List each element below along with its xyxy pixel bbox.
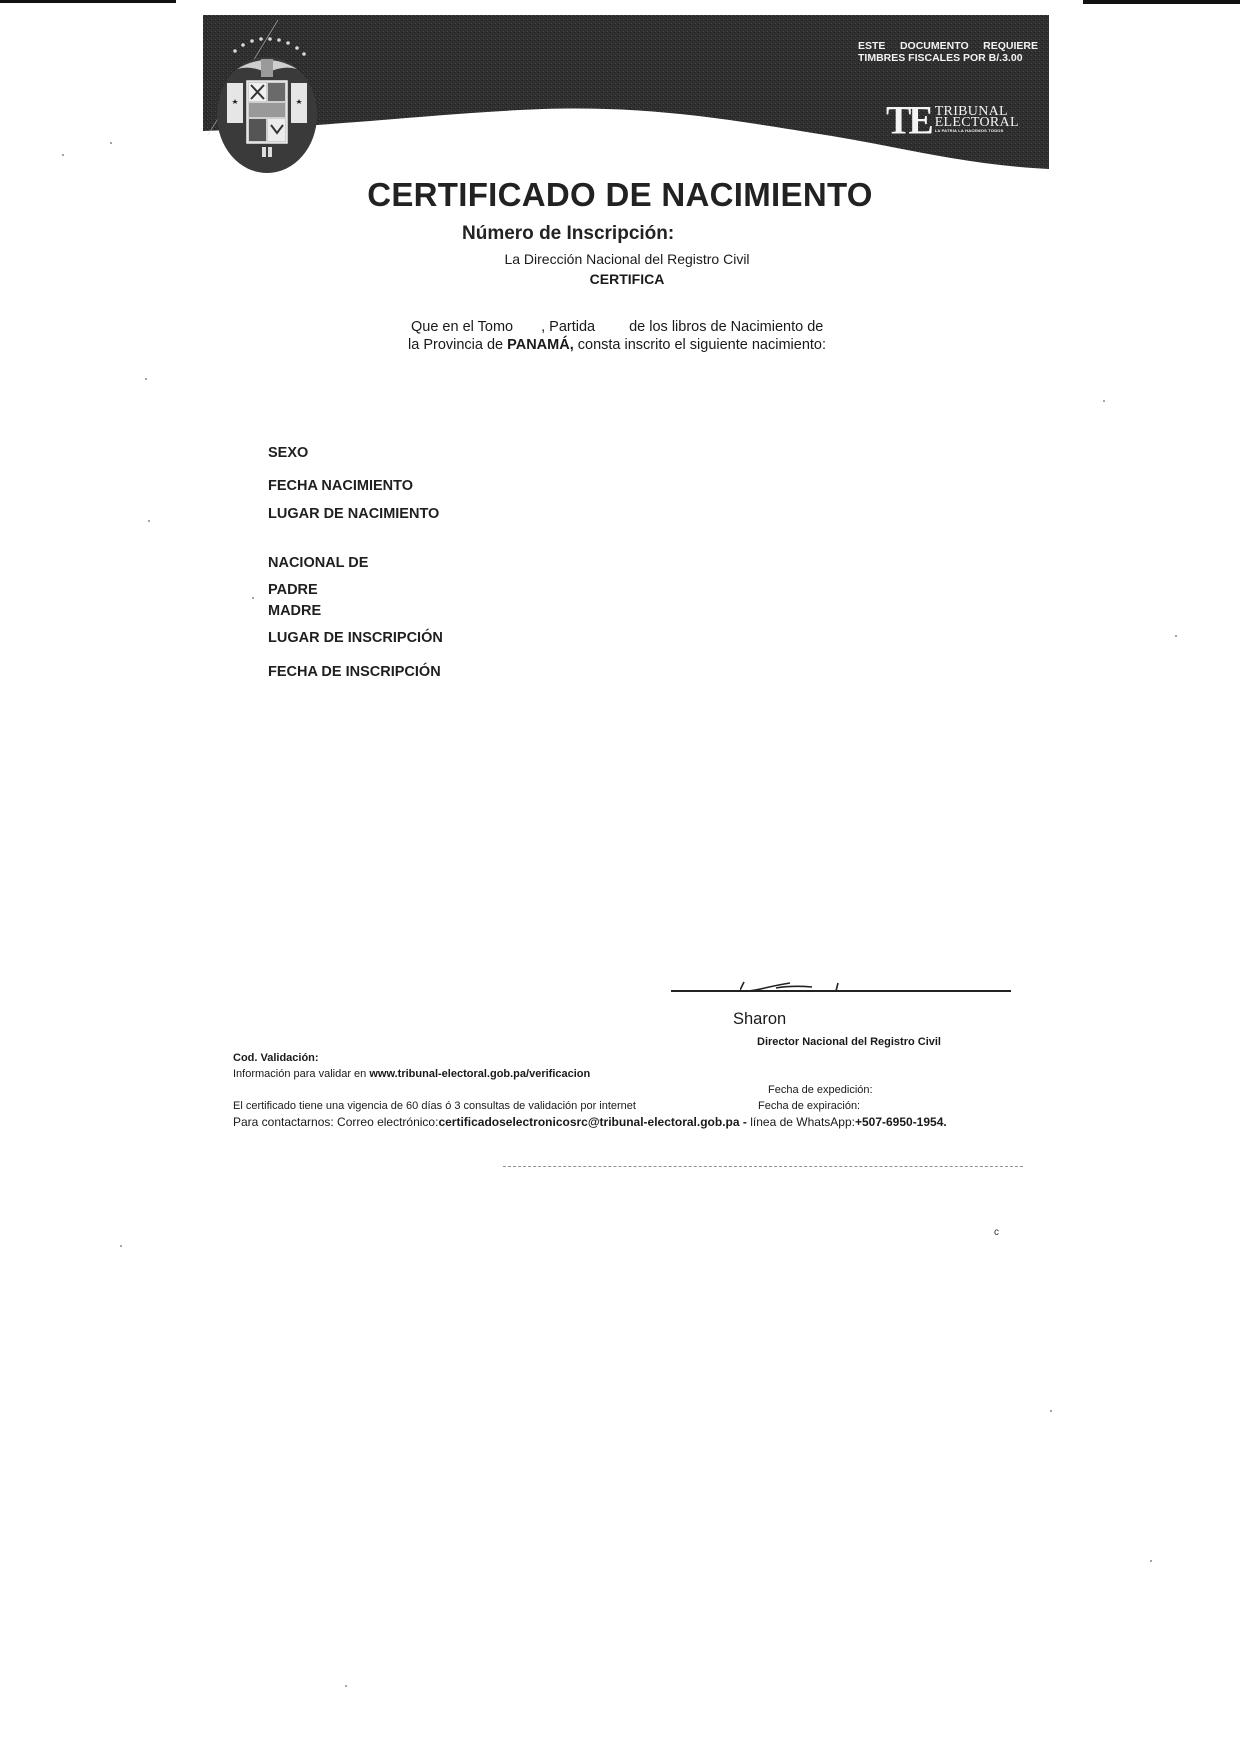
registration-number-label: Número de Inscripción: (462, 223, 674, 245)
issue-date-label: Fecha de expedición: (768, 1084, 873, 1096)
document-title: CERTIFICADO DE NACIMIENTO (0, 176, 1240, 214)
validation-info: Información para validar en www.tribunal… (233, 1068, 590, 1080)
scan-speck (1175, 635, 1177, 637)
validation-code-label: Cod. Validación: (233, 1052, 319, 1064)
scan-speck (148, 520, 150, 522)
validation-prefix: Información para validar en (233, 1068, 366, 1080)
notice-word: REQUIERE (983, 40, 1038, 52)
field-padre: PADRE (268, 582, 318, 598)
contact-email-link[interactable]: certificadoselectronicosrc@tribunal-elec… (438, 1115, 739, 1129)
tribunal-electoral-logo: TE TRIBUNAL ELECTORAL LA PATRIA LA HACEM… (886, 106, 1019, 136)
scan-speck (1150, 1560, 1152, 1562)
field-lugar-nacimiento: LUGAR DE NACIMIENTO (268, 506, 439, 522)
scan-speck (110, 142, 112, 144)
page-mark: c (994, 1227, 999, 1238)
whatsapp-prefix: línea de WhatsApp: (750, 1115, 855, 1129)
notice-line-2: TIMBRES FISCALES POR B/.3.00 (858, 52, 1038, 64)
contact-prefix: Para contactarnos: Correo electrónico: (233, 1115, 438, 1129)
field-lugar-inscripcion: LUGAR DE INSCRIPCIÓN (268, 630, 443, 646)
signatory-title: Director Nacional del Registro Civil (757, 1036, 941, 1048)
whatsapp-number[interactable]: +507-6950-1954. (855, 1115, 947, 1129)
te-logo-mark: TE (886, 105, 931, 137)
contact-separator: - (740, 1115, 751, 1129)
scan-artifact-rule (503, 1166, 1023, 1167)
header-wave-shape (203, 15, 1049, 169)
scan-speck (1050, 1410, 1052, 1412)
registration-statement: Que en el Tomo, Partidade los libros de … (411, 318, 826, 354)
statement-tomo: Que en el Tomo (411, 319, 513, 335)
scan-speck (345, 1685, 347, 1687)
scan-border-top-right (1083, 0, 1240, 4)
scan-speck (120, 1245, 122, 1247)
field-fecha-nacimiento: FECHA NACIMIENTO (268, 478, 413, 494)
statement-partida: , Partida (541, 319, 595, 335)
statement-province-prefix: la Provincia de (408, 337, 503, 353)
field-nacional-de: NACIONAL DE (268, 555, 368, 571)
fiscal-stamp-notice: ESTE DOCUMENTO REQUIERE TIMBRES FISCALES… (858, 40, 1038, 64)
panama-coat-of-arms-icon (217, 29, 317, 173)
validation-url-link[interactable]: www.tribunal-electoral.gob.pa/verificaci… (369, 1068, 590, 1080)
scan-speck (1103, 400, 1105, 402)
scan-speck (62, 154, 64, 156)
field-madre: MADRE (268, 603, 321, 619)
notice-word: DOCUMENTO (900, 40, 969, 52)
statement-suffix: consta inscrito el siguiente nacimiento: (578, 337, 826, 353)
issuing-authority: La Dirección Nacional del Registro Civil (0, 251, 1240, 267)
certifies-heading: CERTIFICA (0, 271, 1240, 287)
scan-speck (145, 378, 147, 380)
signatory-name: Sharon (733, 1010, 786, 1029)
signature-line (671, 990, 1011, 992)
header-banner: ESTE DOCUMENTO REQUIERE TIMBRES FISCALES… (203, 15, 1049, 169)
expiry-date-label: Fecha de expiración: (758, 1100, 860, 1112)
scan-border-top-left (0, 0, 176, 3)
logo-word-electoral: ELECTORAL (935, 117, 1019, 128)
signature-scribble-icon (740, 978, 850, 998)
contact-info: Para contactarnos: Correo electrónico:ce… (233, 1115, 947, 1129)
field-fecha-inscripcion: FECHA DE INSCRIPCIÓN (268, 664, 441, 680)
notice-word: ESTE (858, 40, 885, 52)
field-sexo: SEXO (268, 445, 308, 461)
scan-speck (252, 597, 254, 599)
statement-books: de los libros de Nacimiento de (629, 319, 823, 335)
validity-note: El certificado tiene una vigencia de 60 … (233, 1100, 636, 1112)
province-name: PANAMÁ, (507, 337, 574, 353)
